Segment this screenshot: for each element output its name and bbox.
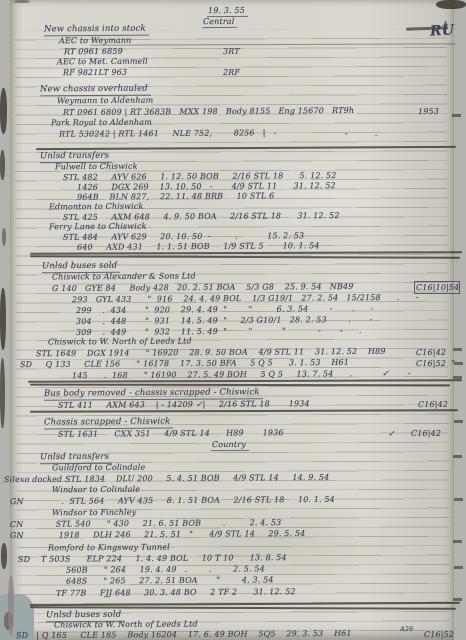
entry-value: 3RT: [223, 47, 240, 57]
route-line: Fulwell to Chiswick: [55, 162, 138, 173]
date-label: 19. 3. 55: [207, 6, 248, 17]
entry-year: 1953: [418, 107, 439, 117]
route-line: Chiswick to Alexander & Sons Ltd: [52, 271, 196, 282]
route-line: Chiswick to W. North of Leeds Ltd: [54, 619, 198, 630]
route-line: Weymann to Aldenham: [57, 96, 153, 107]
entry-code: C16|10|54: [416, 283, 459, 293]
edge-dash: [454, 498, 463, 501]
section-heading-chassis-scrapped: Chassis scrapped - Chiswick: [44, 417, 174, 430]
edge-smudge: [0, 88, 7, 134]
entry-line: 560B " 264 19. 4. 49 . . 2. 5. 54: [66, 564, 265, 575]
section-heading-new-chassis-overhauled: New chassis overhauled: [40, 84, 151, 97]
entry-line: 304 . 448 " 931 14. 5. 49 " 2/3 G10/1 28…: [76, 315, 373, 327]
entry-line: STL 411 AXM 643 | - 14209 ✓| 2/16 STL 18…: [58, 399, 310, 411]
route-line: Ferry Lane to Chiswick: [49, 222, 147, 233]
entry-line: SD | Q 165 CLE 185 Body 16204 17. 6. 49 …: [16, 629, 352, 640]
entry-line: TF 77B FJJ 648 30. 3. 48 BO 2 TF 2 31. 1…: [56, 587, 296, 599]
edge-dash: [453, 348, 462, 351]
route-line: AEC to Met. Cammell: [57, 57, 148, 68]
route-line: Edmonton to Chiswick: [49, 202, 144, 213]
clerk-initials: RU: [430, 25, 455, 36]
edge-dash: [452, 114, 461, 117]
entry-code: ✓ C16|42: [388, 429, 441, 439]
edge-dash: [453, 540, 462, 543]
entry-line: 299 . 434 " 920 29. 4. 49 " " 6. 3. 54 -…: [76, 304, 373, 316]
section-heading-new-chassis-into-stock: New chassis into stock: [44, 24, 149, 37]
edge-smudge: [436, 0, 466, 9]
entry-line: CN STL 540 " 430 21. 6. 51 BOB . 2. 4. 5…: [10, 518, 281, 530]
edge-dash: [453, 376, 462, 379]
entry-line: 648S " 265 27. 2. 51 BOA " 4. 3. 54: [66, 575, 274, 586]
superscript-note: A26: [400, 624, 413, 634]
route-line: Windsor to Finchley: [52, 508, 136, 519]
edge-smudge: [2, 228, 6, 246]
route-line: Guildford to Colindale: [52, 463, 145, 474]
edge-smudge: [0, 288, 6, 350]
entry-code: C16|42: [418, 400, 448, 410]
route-line: Chiswick to W. North of Leeds Ltd: [48, 336, 192, 347]
edge-smudge: [0, 358, 5, 428]
entry-line: GN 1918 DLH 246 21. 5. 51 " 4/9 STL 14 2…: [10, 529, 305, 541]
entry-line: SD T 503S ELP 224 1. 4. 49 BOL 10 T 10 1…: [18, 553, 287, 565]
route-line: Park Royal to Aldenham: [51, 118, 152, 129]
edge-dash: [454, 566, 463, 569]
entry-line: RF 9821LT 963: [63, 68, 127, 78]
entry-value: - .: [345, 129, 378, 139]
entry-value: 2RF: [223, 68, 240, 78]
area-label-central: Central: [202, 17, 238, 28]
route-line: Romford to Kingsway Tunnel: [48, 543, 170, 554]
entry-line: RT 0961 6859: [64, 47, 123, 57]
edge-smudge: [14, 0, 30, 3]
entry-line: RTL 530242 | RTL 1461 NLE 752, 8256 | -: [59, 128, 277, 140]
entry-line: RT 0961 6809 | RT 3683B MXX 198 Body 815…: [63, 106, 354, 118]
entry-code: C16|52: [424, 630, 454, 640]
entry-line: STL 1631 CXX 351 4/9 STL 14 H89 1936: [58, 428, 284, 440]
route-line: AEC to Weymann: [59, 36, 132, 47]
entry-code: C16|52 ": [416, 359, 455, 369]
edge-dash: [453, 598, 462, 601]
torn-edge-strip: [8, 576, 14, 636]
edge-smudge: [1, 543, 7, 569]
entry-line: G 140 GYE 84 Body 428 20. 2. 51 BOA 5/3 …: [52, 282, 354, 294]
route-line: Windsor to Colindale: [52, 485, 140, 496]
edge-dash: [453, 455, 462, 458]
entry-line: 640 AXD 431 1. 1. 51 BOB 1/9 STL 5 10. 1…: [77, 241, 320, 253]
edge-dash: [454, 362, 463, 365]
edge-smudge: [0, 150, 5, 180]
edge-dash: [454, 420, 463, 423]
area-label-country: Country: [211, 440, 249, 451]
entry-code: C16|42: [416, 348, 446, 358]
